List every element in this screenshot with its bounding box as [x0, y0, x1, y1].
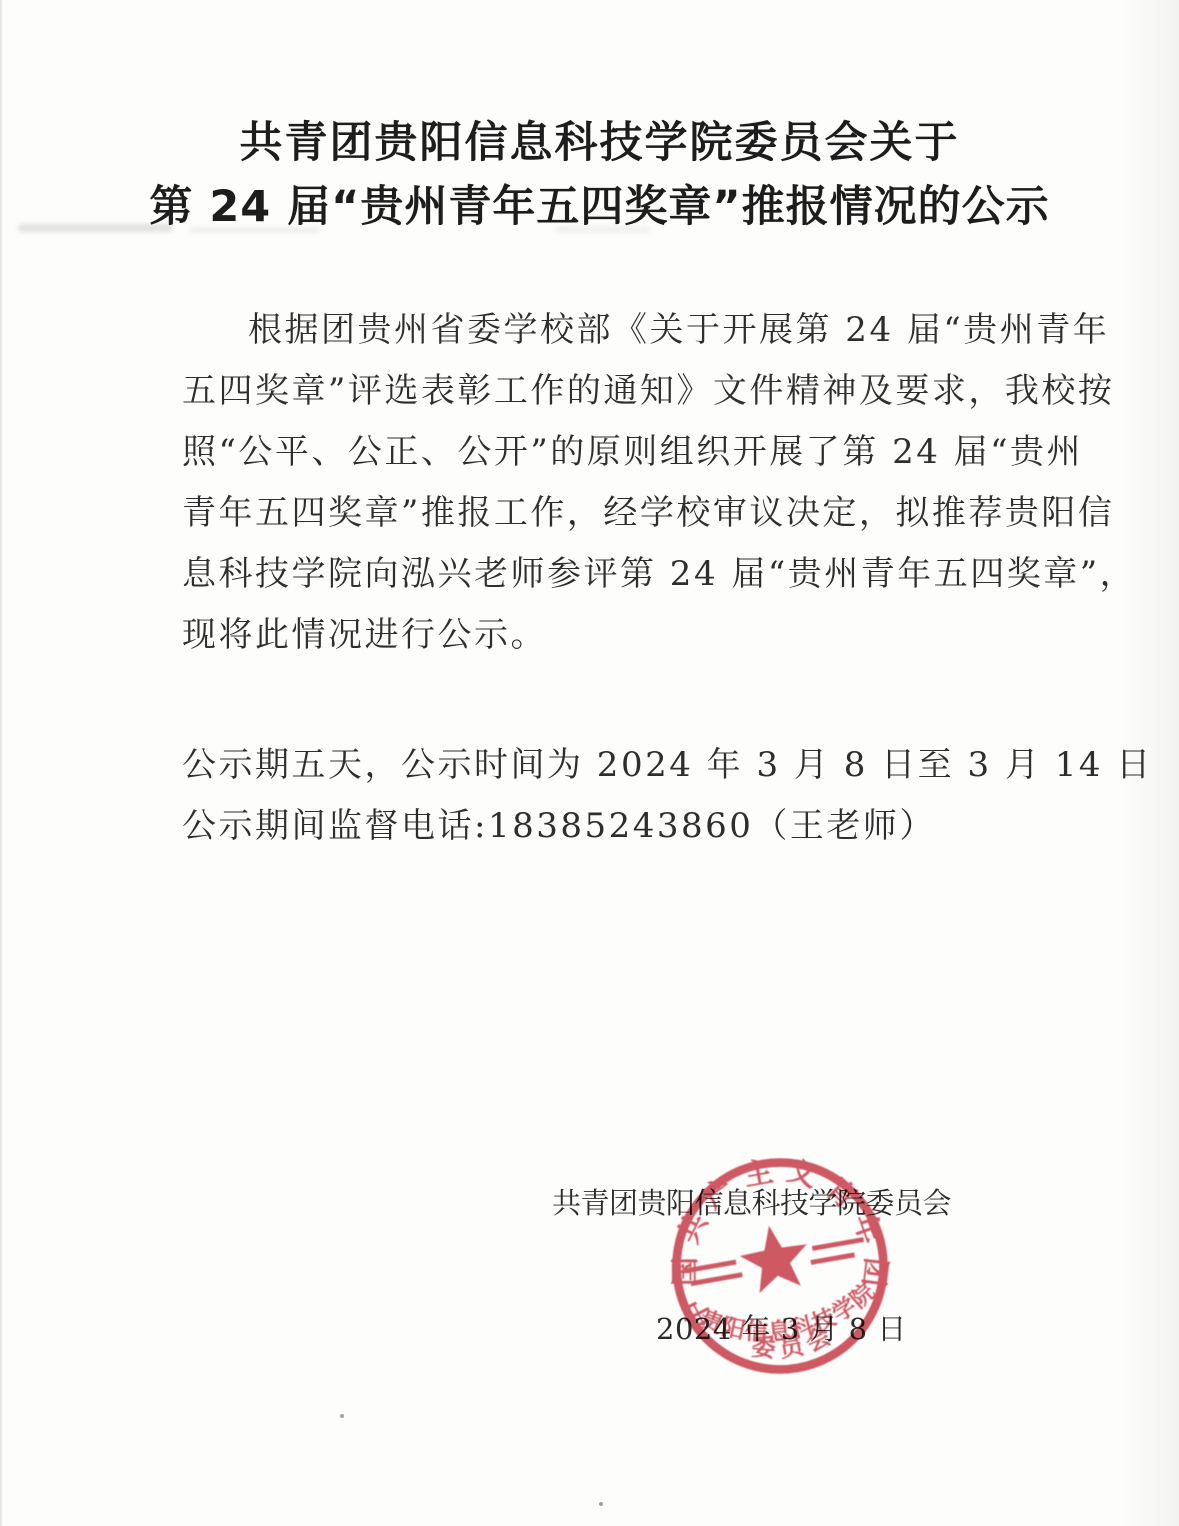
scan-speck — [340, 1414, 344, 1418]
document-page: 共青团贵阳信息科技学院委员会关于 第 24 届“贵州青年五四奖章”推报情况的公示… — [0, 0, 1179, 1526]
body-line-6: 现将此情况进行公示。 — [182, 605, 1082, 666]
body-paragraph: 根据团贵州省委学校部《关于开展第 24 届“贵州青年 五四奖章”评选表彰工作的通… — [182, 300, 1082, 666]
notice-block: 公示期五天，公示时间为 2024 年 3 月 8 日至 3 月 14 日 公示期… — [182, 735, 1082, 857]
body-line-2: 五四奖章”评选表彰工作的通知》文件精神及要求，我校按 — [182, 361, 1082, 422]
body-line-3: 照“公平、公正、公开”的原则组织开展了第 24 届“贵州 — [182, 422, 1082, 483]
document-title-line-1: 共青团贵阳信息科技学院委员会关于 — [10, 118, 1179, 168]
body-line-4: 青年五四奖章”推报工作，经学校审议决定，拟推荐贵阳信 — [182, 483, 1082, 544]
official-seal: 中国共产主义青年团 贵阳信息科技学院 委员会 — [664, 1146, 896, 1386]
body-line-1: 根据团贵州省委学校部《关于开展第 24 届“贵州青年 — [182, 300, 1082, 361]
scan-edge-left — [0, 0, 3, 1526]
document-title-line-2: 第 24 届“贵州青年五四奖章”推报情况的公示 — [10, 182, 1179, 232]
scan-speck — [599, 1502, 603, 1506]
notice-period-line: 公示期五天，公示时间为 2024 年 3 月 8 日至 3 月 14 日 — [182, 735, 1082, 796]
star-icon — [735, 1220, 813, 1296]
body-line-5: 息科技学院向泓兴老师参评第 24 届“贵州青年五四奖章”， — [182, 544, 1082, 605]
notice-phone-line: 公示期间监督电话:18385243860（王老师） — [182, 796, 1082, 857]
